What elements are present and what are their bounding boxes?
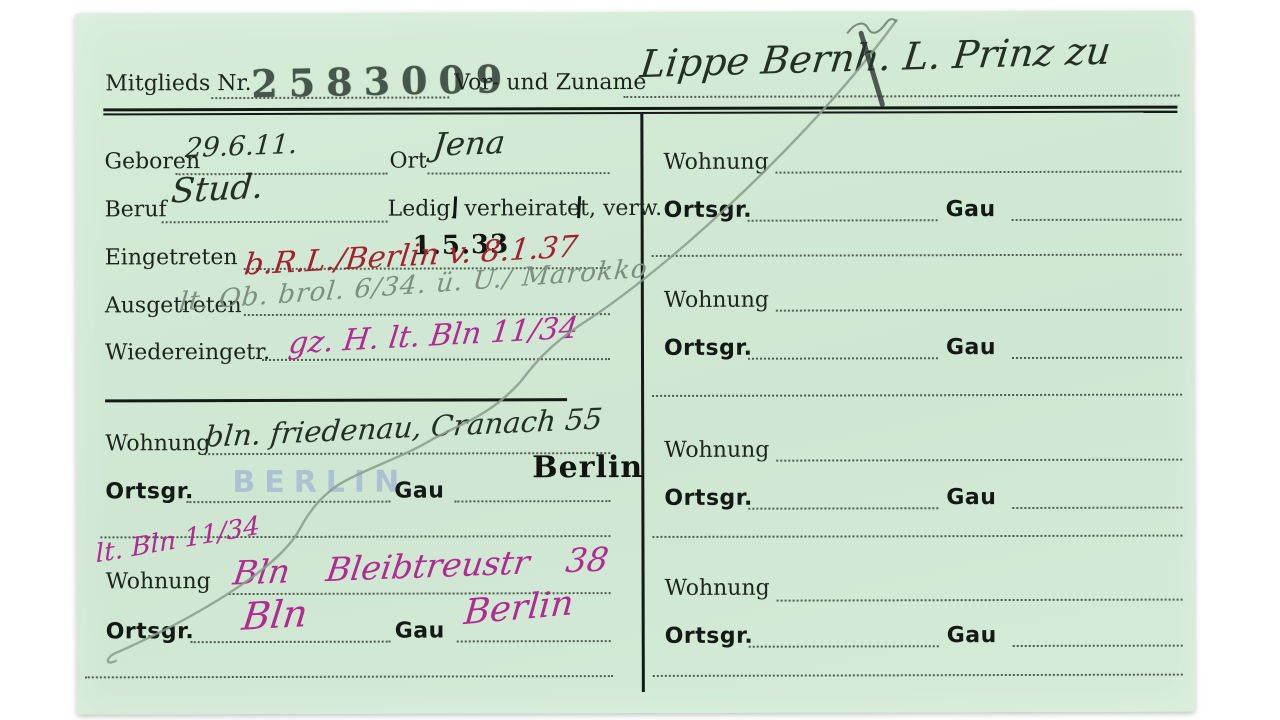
gau1-label: Gau — [394, 478, 444, 503]
ortsgr-label: Ortsgr. — [664, 198, 753, 223]
right-block-1: Wohnung Ortsgr. Gau — [75, 11, 1193, 14]
gau1-berlin-stamp: Berlin — [532, 450, 643, 485]
dotted-separator — [653, 674, 1183, 677]
wohnung1-label: Wohnung — [105, 431, 210, 456]
dotted-line — [776, 171, 1182, 174]
wohnung-label: Wohnung — [664, 288, 769, 313]
eingetreten-label: Eingetreten — [105, 245, 238, 270]
geboren-value: 29.6.11. — [184, 129, 298, 164]
dotted-line — [191, 641, 391, 644]
right-block-3: Wohnung Ortsgr. Gau — [75, 11, 1193, 14]
wohnung-label: Wohnung — [665, 576, 770, 601]
dotted-line — [748, 507, 938, 509]
dotted-line — [1013, 645, 1183, 647]
gau-label: Gau — [947, 623, 997, 648]
wohnung-label: Wohnung — [664, 438, 769, 463]
right-block-4: Wohnung Ortsgr. Gau — [75, 11, 1193, 14]
ortsgr-label: Ortsgr. — [665, 624, 754, 649]
dotted-line — [777, 599, 1183, 602]
marital-status-label: Ledig, verheiratet, verw. — [388, 196, 663, 222]
gau2-value: Berlin — [462, 584, 575, 634]
ortsgr1-label: Ortsgr. — [105, 479, 194, 504]
dotted-line — [162, 221, 388, 224]
gau2-label: Gau — [395, 618, 445, 643]
wiedereingetr-label: Wiedereingetr. — [105, 340, 270, 365]
dotted-line — [776, 459, 1182, 462]
dotted-line — [1012, 507, 1182, 509]
ort-value: Jena — [431, 123, 507, 164]
membership-card: Mitglieds Nr. 2583009 Vor- und Zuname Li… — [75, 11, 1195, 715]
dotted-line — [454, 500, 610, 502]
dotted-separator — [652, 254, 1182, 257]
wohnung-label: Wohnung — [663, 150, 768, 175]
wiedereingetr-value: gz. H. lt. Bln 11/34 — [287, 311, 580, 362]
right-block-2: Wohnung Ortsgr. Gau — [75, 11, 1193, 14]
ortsgr-label: Ortsgr. — [664, 486, 753, 511]
dotted-line — [457, 640, 611, 642]
pencil-scribble — [847, 19, 896, 33]
ort-label: Ort — [389, 149, 426, 174]
section-rule — [105, 398, 567, 402]
name-handwritten: Lippe Bernh. L. Prinz zu — [638, 29, 1113, 86]
ortsgr2-value: Bln — [240, 591, 310, 639]
dotted-line — [623, 95, 1179, 98]
dotted-separator — [652, 535, 1182, 538]
mitglieds-nr-label: Mitglieds Nr. — [105, 71, 251, 96]
dotted-line — [428, 172, 610, 174]
dotted-line — [186, 501, 390, 504]
dotted-separator — [85, 675, 613, 678]
dotted-line — [1012, 357, 1182, 359]
ortsgr-label: Ortsgr. — [664, 336, 753, 361]
gau-label: Gau — [946, 197, 996, 222]
dotted-line — [748, 357, 938, 359]
dotted-line — [749, 645, 939, 647]
beruf-label: Beruf — [105, 197, 167, 222]
wohnung1-value: bln. friedenau, Cranach 55 — [204, 401, 604, 453]
beruf-value: Stud. — [170, 167, 265, 212]
vor-zuname-label: Vor- und Zuname — [454, 70, 646, 96]
dotted-line — [1012, 219, 1182, 221]
dotted-line — [748, 219, 938, 221]
ortsgr2-label: Ortsgr. — [106, 619, 195, 644]
dotted-separator — [652, 394, 1182, 397]
ortsgr1-berlin-stamp: BERLIN — [232, 465, 408, 500]
gau-label: Gau — [946, 485, 996, 510]
dotted-line — [776, 309, 1182, 312]
gau-label: Gau — [946, 335, 996, 360]
wohnung2-label: Wohnung — [106, 569, 211, 594]
